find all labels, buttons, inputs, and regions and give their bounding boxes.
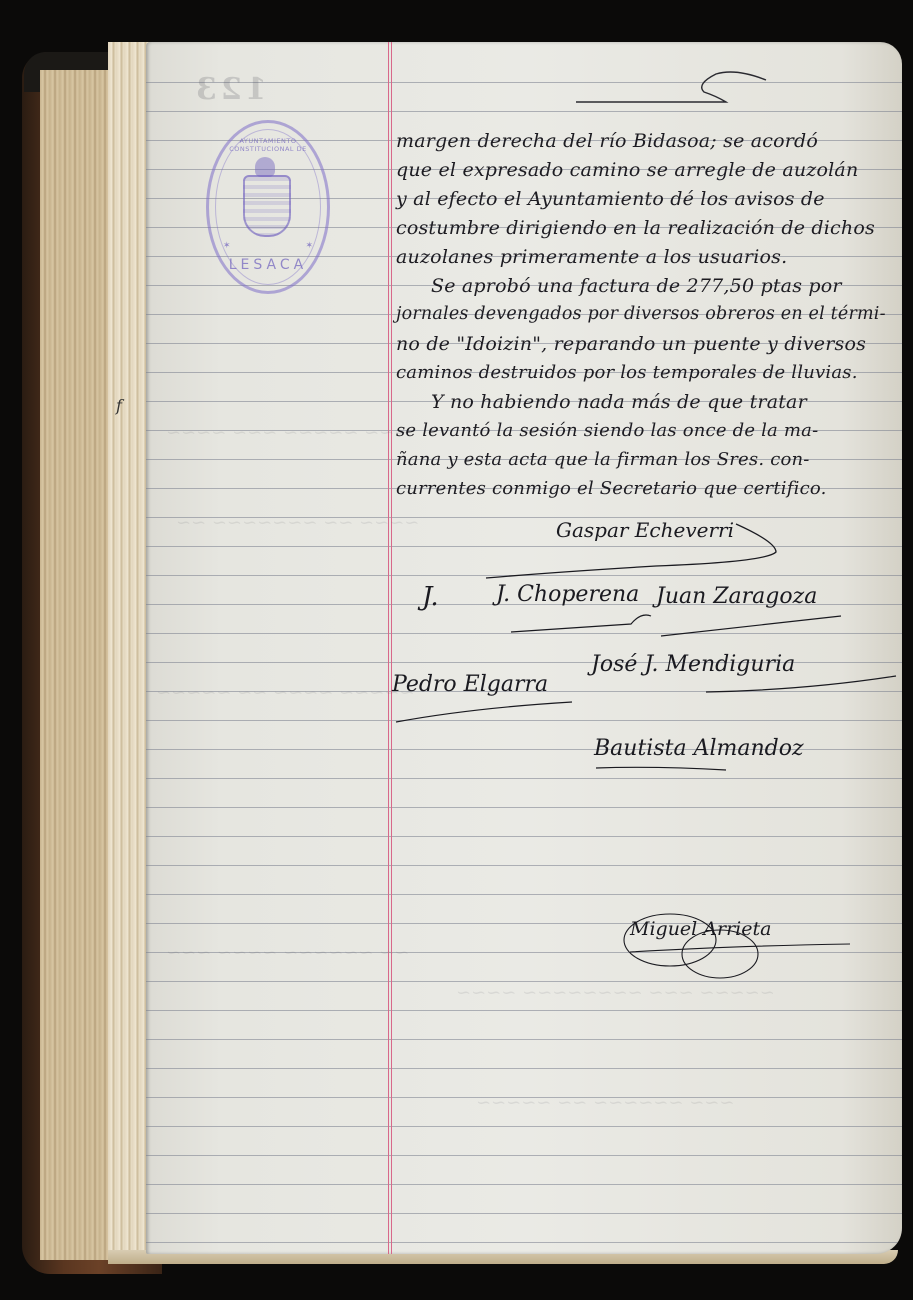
bleed-through-text: ~~~~~ ~~~~ ~~ ~~~~~ — [156, 682, 414, 703]
signature-flourish — [392, 694, 582, 728]
minutes-line: margen derecha del río Bidasoa; se acord… — [396, 130, 896, 152]
header-flourish — [576, 64, 776, 114]
bleed-through-text: ~~ ~~~~~~ ~~~~ ~~~ — [166, 942, 409, 963]
minutes-line: jornales devengados por diversos obreros… — [396, 304, 896, 324]
seal-star-icon: ✶ — [223, 241, 231, 251]
seal-star-icon: ✶ — [305, 241, 313, 251]
signature-flourish — [610, 902, 860, 982]
ledger-page: 123 ~~~ ~~~~~ ~~~ ~~~~ ~~~~ ~~ ~~~~~~~ ~… — [146, 42, 902, 1254]
municipal-seal-stamp: AYUNTAMIENTO CONSTITUCIONAL DE ✶ ✶ LESAC… — [206, 120, 330, 294]
minutes-line: que el expresado camino se arregle de au… — [396, 159, 896, 181]
margin-line — [388, 42, 392, 1254]
bleed-through-text: ~~~ ~~~~~ ~~~ ~~~~ — [166, 422, 409, 443]
signature: Bautista Almandoz — [594, 736, 804, 761]
minutes-line: se levantó la sesión siendo las once de … — [396, 420, 896, 441]
page-number-bleed-through: 123 — [192, 72, 267, 107]
seal-town-name: LESACA — [209, 257, 327, 273]
minutes-line: no de "Idoizin", reparando un puente y d… — [396, 333, 896, 355]
minutes-line: y al efecto el Ayuntamiento dé los aviso… — [396, 188, 896, 210]
seal-arc-text: AYUNTAMIENTO CONSTITUCIONAL DE — [209, 137, 327, 153]
bleed-through-text: ~~~~~ ~~~ ~~~~~~~~ ~~~~ — [456, 982, 775, 1003]
signature-flourish — [706, 672, 902, 702]
signature-flourish — [596, 760, 736, 776]
signature-initial: J. — [422, 582, 439, 612]
signature-flourish — [511, 602, 851, 642]
minutes-line: costumbre dirigiendo en la realización d… — [396, 217, 896, 239]
minutes-line: Se aprobó una factura de 277,50 ptas por — [431, 275, 902, 297]
bleed-through-text: ~~~ ~~~~~~ ~~ ~~~~~ — [476, 1092, 734, 1113]
signature-flourish — [476, 522, 836, 582]
minutes-line: auzolanes primeramente a los usuarios. — [396, 246, 896, 268]
bleed-through-text: ~~~~ ~~ ~~~~~~~ ~~ — [176, 512, 419, 533]
minutes-line: ñana y esta acta que la firman los Sres.… — [396, 449, 896, 470]
margin-annotation: f — [116, 396, 122, 415]
coat-of-arms-icon — [243, 175, 291, 237]
seal-crown-icon — [255, 157, 275, 177]
minutes-line: caminos destruidos por los temporales de… — [396, 362, 896, 383]
minutes-line: currentes conmigo el Secretario que cert… — [396, 478, 896, 499]
minutes-line: Y no habiendo nada más de que tratar — [431, 391, 902, 413]
